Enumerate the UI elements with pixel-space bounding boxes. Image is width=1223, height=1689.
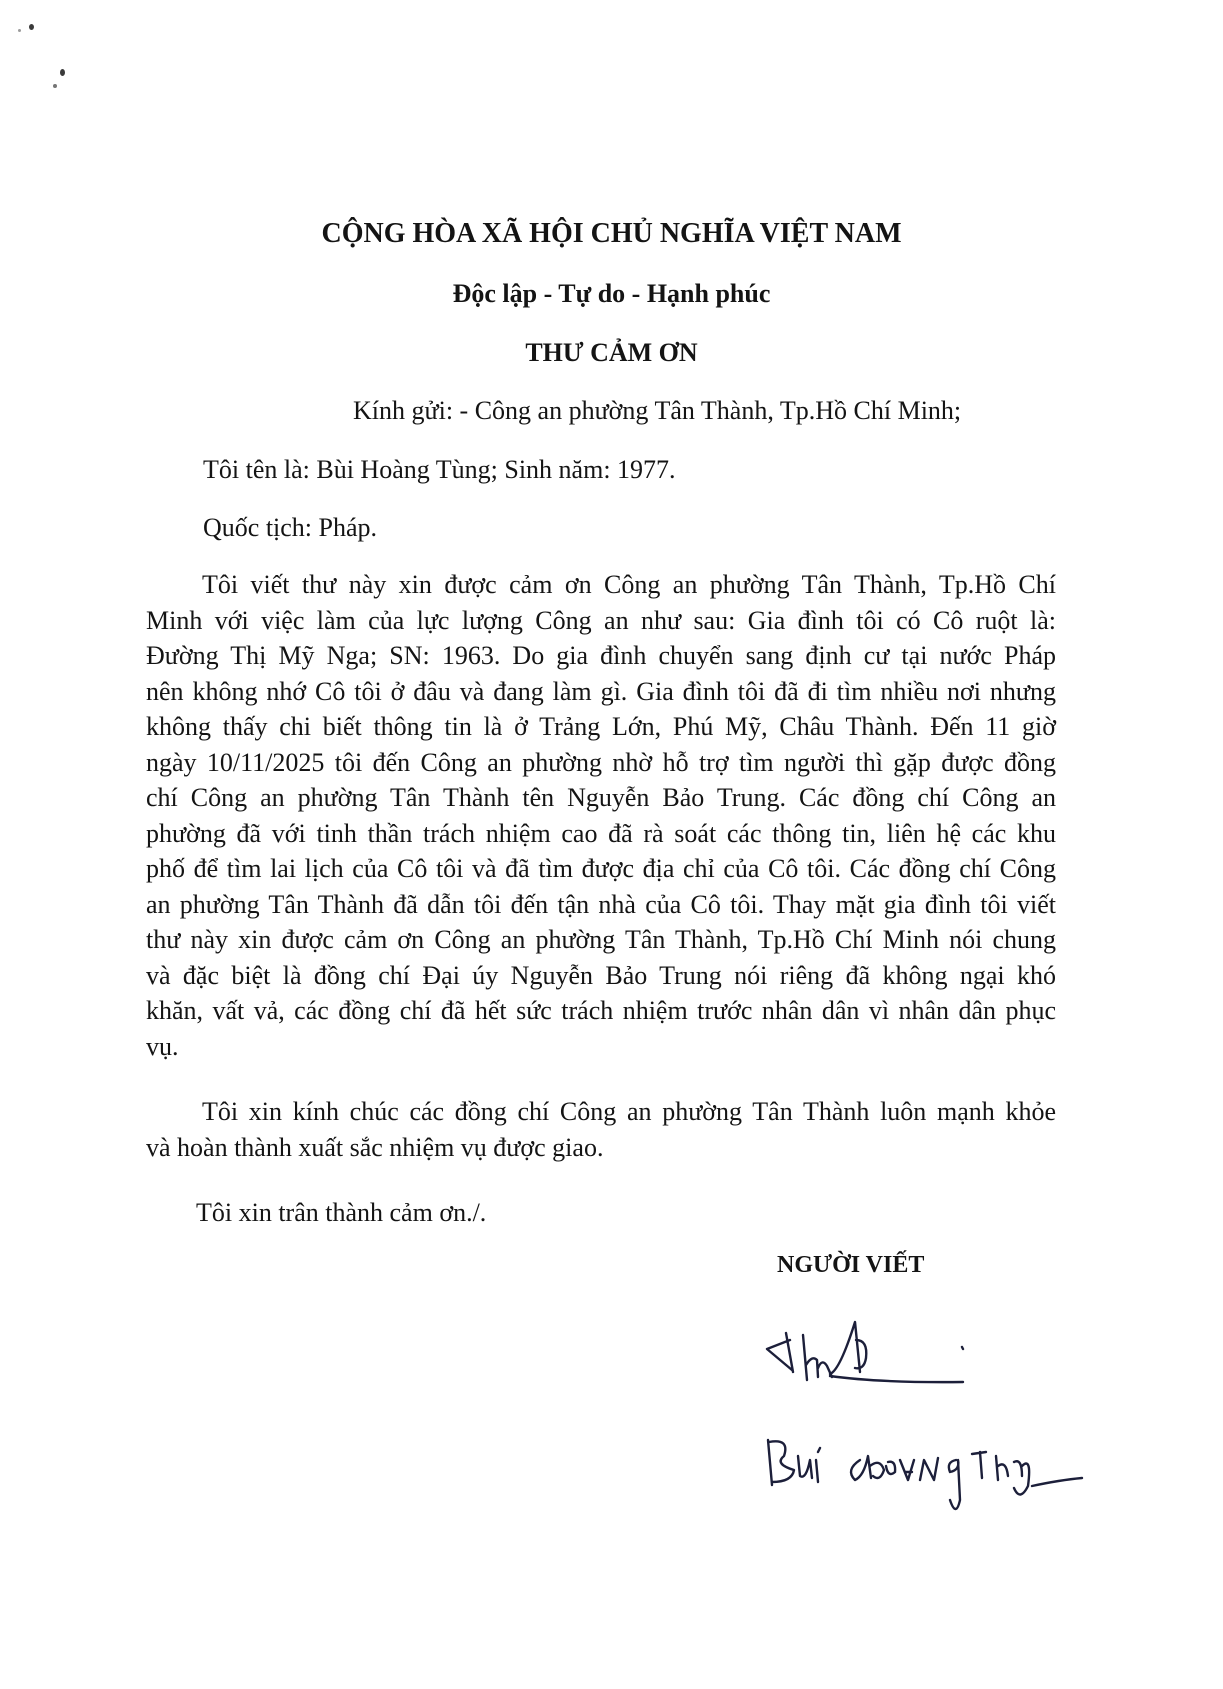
paragraph-line: thư này xin được cảm ơn Công an phường T… xyxy=(146,922,1056,958)
paragraph-line: khăn, vất vả, các đồng chí đã hết sức tr… xyxy=(146,993,1056,1029)
paragraph-line: Tôi xin kính chúc các đồng chí Công an p… xyxy=(146,1094,1056,1130)
sender-nationality-line: Quốc tịch: Pháp. xyxy=(203,513,377,543)
document-title: THƯ CẢM ƠN xyxy=(0,338,1223,368)
paragraph-line: vụ. xyxy=(146,1029,1056,1065)
paragraph-line: phố để tìm lai lịch của Cô tôi và đã tìm… xyxy=(146,851,1056,887)
paragraph-line: ngày 10/11/2025 tôi đến Công an phường n… xyxy=(146,745,1056,781)
paragraph-line: Minh với việc làm của lực lượng Công an … xyxy=(146,603,1056,639)
paragraph-line: Đường Thị Mỹ Nga; SN: 1963. Do gia đình … xyxy=(146,638,1056,674)
sender-name-line: Tôi tên là: Bùi Hoàng Tùng; Sinh năm: 19… xyxy=(203,455,676,485)
paragraph-line: chí Công an phường Tân Thành tên Nguyễn … xyxy=(146,780,1056,816)
national-title: CỘNG HÒA XÃ HỘI CHỦ NGHĨA VIỆT NAM xyxy=(0,218,1223,250)
national-motto: Độc lập - Tự do - Hạnh phúc xyxy=(0,279,1223,309)
paragraph-line: không thấy chi biết thông tin là ở Trảng… xyxy=(146,709,1056,745)
paragraph-line: nên không nhớ Cô tôi ở đâu và đang làm g… xyxy=(146,674,1056,710)
scan-speck xyxy=(29,24,34,30)
paragraph-line: và hoàn thành xuất sắc nhiệm vụ được gia… xyxy=(146,1130,1056,1166)
scan-speck xyxy=(18,29,21,32)
closing-line: Tôi xin trân thành cảm ơn./. xyxy=(196,1198,486,1228)
paragraph-line: Tôi viết thư này xin được cảm ơn Công an… xyxy=(146,567,1056,603)
recipient-line: Kính gửi: - Công an phường Tân Thành, Tp… xyxy=(353,396,961,426)
body-paragraph-1: Tôi viết thư này xin được cảm ơn Công an… xyxy=(146,567,1056,1064)
scan-speck xyxy=(53,84,57,88)
paragraph-line: phường đã với tinh thần trách nhiệm cao … xyxy=(146,816,1056,852)
paragraph-line: và đặc biệt là đồng chí Đại úy Nguyễn Bả… xyxy=(146,958,1056,994)
scan-speck xyxy=(60,69,65,76)
handwritten-signature-icon xyxy=(760,1300,1000,1410)
body-paragraph-2: Tôi xin kính chúc các đồng chí Công an p… xyxy=(146,1094,1056,1165)
paragraph-line: an phường Tân Thành đã dẫn tôi đến tận n… xyxy=(146,887,1056,923)
signature-label: NGƯỜI VIẾT xyxy=(777,1252,924,1279)
handwritten-name-icon xyxy=(760,1430,1090,1520)
